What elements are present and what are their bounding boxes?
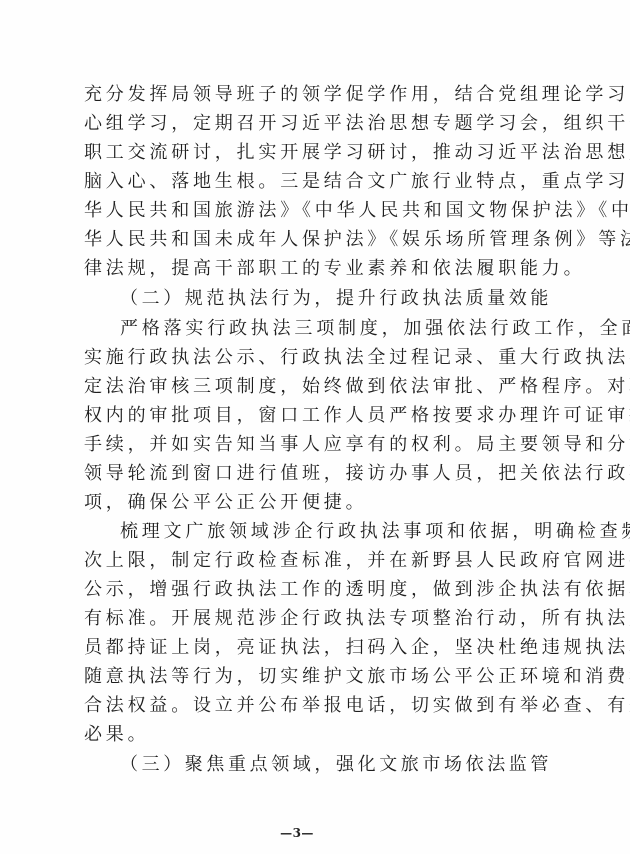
text-line: 定法治审核三项制度，始终做到依法审批、严格程序。对职 [84,372,524,401]
text-line: 次上限，制定行政检查标准，并在新野县人民政府官网进行 [84,546,524,575]
text-line: 随意执法等行为，切实维护文旅市场公平公正环境和消费者 [84,662,524,691]
text-line: 心组学习，定期召开习近平法治思想专题学习会，组织干部 [84,109,524,138]
text-line: 手续，并如实告知当事人应享有的权利。局主要领导和分管 [84,430,524,459]
paragraph-enforcement-system: 严格落实行政执法三项制度，加强依法行政工作，全面 实施行政执法公示、行政执法全过… [84,314,524,517]
text-line: 梳理文广旅领域涉企行政执法事项和依据，明确检查频 [84,517,524,546]
text-line: 严格落实行政执法三项制度，加强依法行政工作，全面 [84,314,524,343]
text-line: 合法权益。设立并公布举报电话，切实做到有举必查、有查 [84,691,524,720]
paragraph-enterprise-enforcement: 梳理文广旅领域涉企行政执法事项和依据，明确检查频 次上限，制定行政检查标准，并在… [84,517,524,749]
document-page: 充分发挥局领导班子的领学促学作用，结合党组理论学习中 心组学习，定期召开习近平法… [0,0,630,854]
text-line: 权内的审批项目，窗口工作人员严格按要求办理许可证审批 [84,401,524,430]
page-number: —3— [0,826,594,840]
text-line: 项，确保公平公正公开便捷。 [84,488,524,517]
section-heading-2: （二）规范执法行为，提升行政执法质量效能 [84,283,524,314]
document-body: 充分发挥局领导班子的领学促学作用，结合党组理论学习中 心组学习，定期召开习近平法… [84,80,524,780]
text-line: 充分发挥局领导班子的领学促学作用，结合党组理论学习中 [84,80,524,109]
text-line: 有标准。开展规范涉企行政执法专项整治行动，所有执法人 [84,604,524,633]
paragraph-study-law: 充分发挥局领导班子的领学促学作用，结合党组理论学习中 心组学习，定期召开习近平法… [84,80,524,283]
section-heading-3: （三）聚焦重点领域，强化文旅市场依法监管 [84,749,524,780]
text-line: 律法规，提高干部职工的专业素养和依法履职能力。 [84,254,524,283]
text-line: 华人民共和国旅游法》《中华人民共和国文物保护法》《中 [84,196,524,225]
text-line: 脑入心、落地生根。三是结合文广旅行业特点，重点学习《中 [84,167,524,196]
text-line: 领导轮流到窗口进行值班，接访办事人员，把关依法行政事 [84,459,524,488]
text-line: 员都持证上岗，亮证执法，扫码入企，坚决杜绝违规执法、 [84,633,524,662]
text-line: 公示，增强行政执法工作的透明度，做到涉企执法有依据、 [84,575,524,604]
text-line: 华人民共和国未成年人保护法》《娱乐场所管理条例》等法 [84,225,524,254]
text-line: 职工交流研讨，扎实开展学习研讨，推动习近平法治思想入 [84,138,524,167]
text-line: 必果。 [84,720,524,749]
text-line: 实施行政执法公示、行政执法全过程记录、重大行政执法决 [84,343,524,372]
